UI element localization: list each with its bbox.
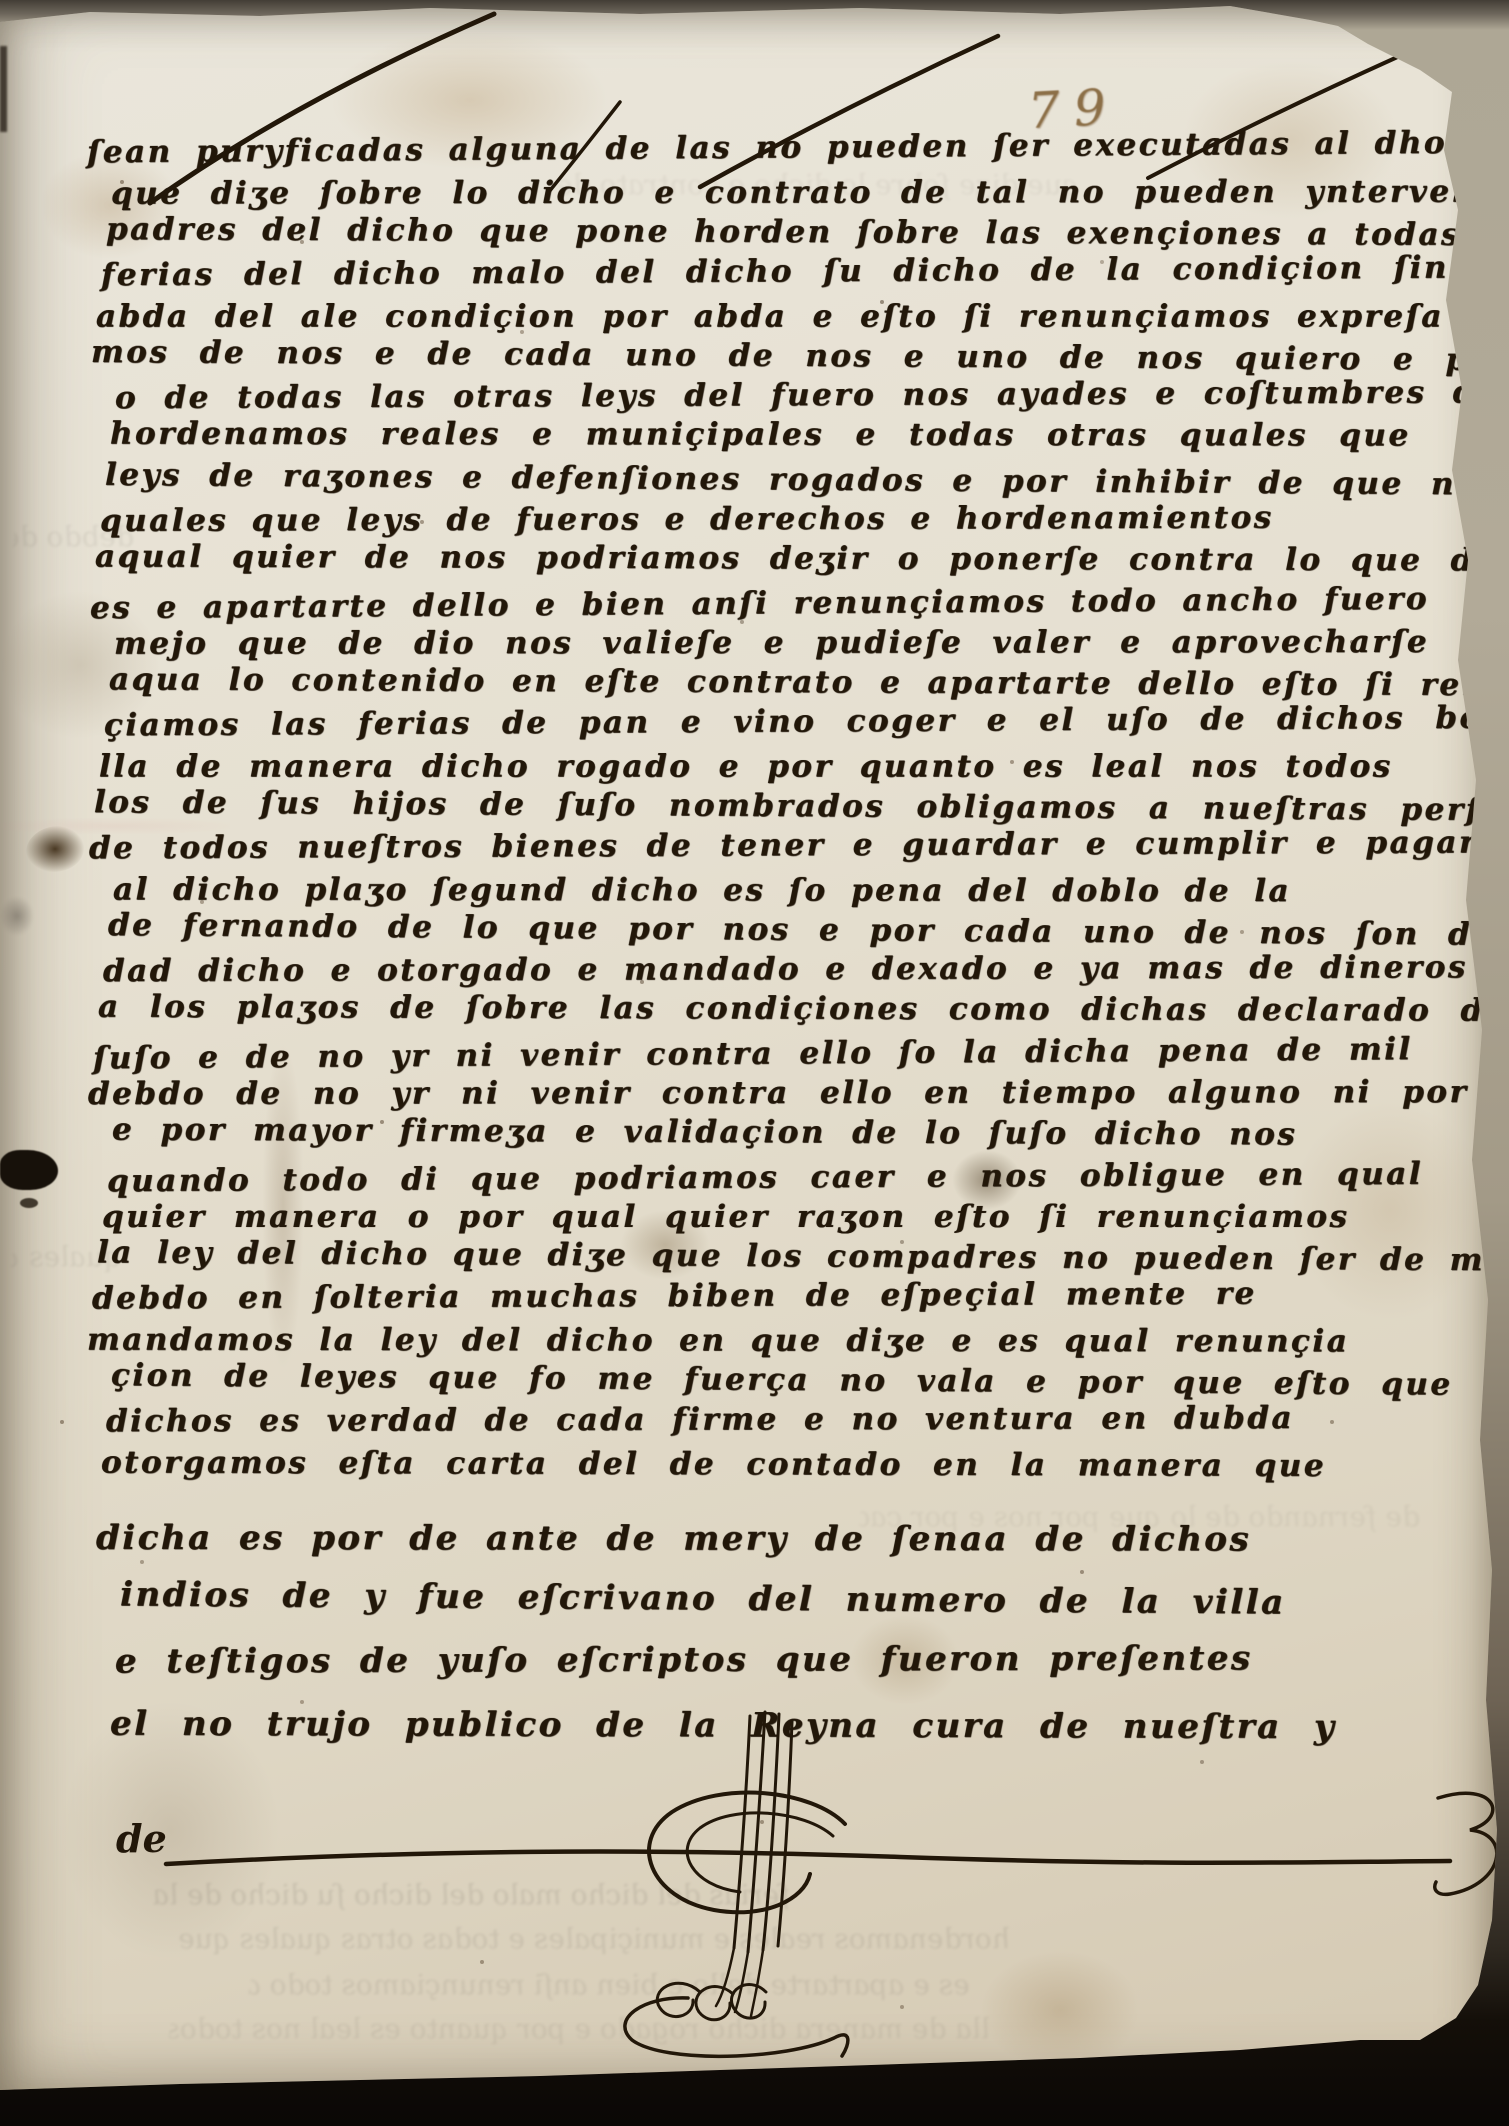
cancellation-slash xyxy=(548,102,620,193)
notarial-rubric-loop xyxy=(687,1813,833,1892)
ghost-line: quales que leys de fueros e derechos e h… xyxy=(10,1240,125,1273)
rubric-descender xyxy=(751,1950,763,2016)
manuscript-line: debdo de no yr ni venir contra ello en t… xyxy=(88,1074,1453,1117)
manuscript-line: la ley del dicho que diʒe que los compad… xyxy=(97,1234,1462,1283)
manuscript-line: ferias del dicho malo del dicho ſu dicho… xyxy=(101,250,1466,299)
manuscript-line: e por mayor firmeʒa e validaçion de lo ſ… xyxy=(112,1112,1477,1159)
manuscript-page: ferias del dicho malo del dicho ſu dicho… xyxy=(0,0,1509,2126)
manuscript-line: lla de manera dicho rogado e por quanto … xyxy=(99,749,1464,790)
manuscript-line: quier manera o por qual quier raʒon eſto… xyxy=(102,1199,1467,1240)
manuscript-line: padres del dicho que pone horden ſobre l… xyxy=(106,211,1471,258)
edge-shadow-mark xyxy=(0,46,7,132)
manuscript-line: a los plaʒos de ſobre las condiçiones co… xyxy=(98,989,1463,1034)
notarial-rubric-stroke xyxy=(778,1722,792,1946)
manuscript-line: de fernando de lo que por nos e por cada… xyxy=(108,907,1473,958)
rubric-bottom-loop xyxy=(657,1983,700,2016)
manuscript-line: o de todas las otras leys del fuero nos … xyxy=(115,374,1480,421)
manuscript-line: abda del ale condiçion por abda e eſto ſ… xyxy=(96,298,1461,339)
manuscript-line: quando todo di que podriamos caer e nos … xyxy=(107,1156,1472,1205)
ghost-line: es e apartarte dello e bien anſi renunçi… xyxy=(248,1968,973,2001)
manuscript-line: leys de raʒones e defenſiones rogados e … xyxy=(105,457,1470,508)
manuscript-scan: ferias del dicho malo del dicho ſu dicho… xyxy=(0,0,1509,2126)
ghost-line: hordenamos reales e muniçipales e todas … xyxy=(108,1922,1013,1955)
manuscript-line: ſean puryficadas alguna de las no pueden… xyxy=(87,125,1452,176)
rubric-descender xyxy=(735,1952,748,2012)
manuscript-line: mos de nos e de cada uno de nos e uno de… xyxy=(91,334,1456,383)
rubric-bottom-sweep xyxy=(625,1998,848,2056)
manuscript-line: de todos nueſtros bienes de tener e guar… xyxy=(89,825,1454,872)
manuscript-line: los de ſus hijos de ſuſo nombrados oblig… xyxy=(94,784,1459,833)
manuscript-line: ſuſo e de no yr ni venir contra ello ſo … xyxy=(93,1031,1458,1082)
ink-blot xyxy=(0,1150,58,1190)
manuscript-line: es e apartarte dello e bien anſi renunçi… xyxy=(90,581,1455,632)
manuscript-line: aqua lo contenido en eſte contrato e apa… xyxy=(109,661,1474,708)
manuscript-line: al dicho plaʒo ſegund dicho es ſo pena d… xyxy=(113,871,1478,914)
text-block-upper: ſean puryficadas alguna de las no pueden… xyxy=(96,132,1461,1485)
cancellation-slash xyxy=(150,14,494,203)
rubric-bottom-loop xyxy=(696,1987,733,2020)
rubric-descender xyxy=(716,1948,734,2006)
ink-blot xyxy=(26,826,84,872)
manuscript-line: mejo que de dio nos valieſe e pudieſe va… xyxy=(114,624,1479,667)
manuscript-line: el no trujo publico de la Reyna cura de … xyxy=(110,1704,1475,1770)
rubric-bottom-loop xyxy=(731,1985,766,2019)
folio-number: 79 xyxy=(1027,78,1122,141)
notarial-rubric-stroke xyxy=(748,1712,765,1952)
ghost-line: debdo de no yr ni venir contra ello en t… xyxy=(12,520,137,553)
manuscript-line: e teſtigos de yuſo eſcriptos que fueron … xyxy=(115,1638,1480,1704)
manuscript-line: debdo en ſolteria muchas biben de eſpeçi… xyxy=(92,1275,1457,1322)
ink-smudge xyxy=(0,896,34,936)
closing-rule-flourish xyxy=(1435,1793,1497,1894)
closing-rule-line xyxy=(166,1852,1450,1864)
notarial-rubric-stroke xyxy=(763,1714,779,1950)
manuscript-line: dichos es verdad de cada firme e no vent… xyxy=(106,1399,1471,1444)
cancellation-slash xyxy=(700,36,998,187)
manuscript-line: mandamos la ley del dicho en que diʒe e … xyxy=(87,1322,1452,1365)
ghost-line: que diʒe ſobre lo dicho e contrato de ta… xyxy=(558,168,1083,201)
ghost-line: de fernando de lo que por nos e por cada… xyxy=(858,1500,1423,1533)
manuscript-line: indios de y fue eſcrivano del numero de … xyxy=(120,1574,1485,1646)
closing-word: de xyxy=(116,1816,167,1861)
foxing-speckles xyxy=(120,180,124,184)
manuscript-line: hordenamos reales e muniçipales e todas … xyxy=(110,416,1475,459)
manuscript-line: que diʒe ſobre lo dicho e contrato de ta… xyxy=(111,174,1476,217)
manuscript-line: çiamos las ferias de pan e vino coger e … xyxy=(104,700,1469,749)
ink-marks-overlay xyxy=(0,0,1509,2126)
manuscript-line: quales que leys de fueros e derechos e h… xyxy=(100,499,1465,544)
manuscript-line: dicha es por de ante de mery de ſenaa de… xyxy=(96,1518,1461,1582)
ghost-line: lla de manera dicho rogado e por quanto … xyxy=(168,2012,993,2045)
ink-blot xyxy=(20,1198,38,1208)
paper-stains xyxy=(0,0,1509,2126)
manuscript-line: aqual quier de nos podriamos deʒir o pon… xyxy=(95,538,1460,583)
notarial-rubric-stroke xyxy=(734,1716,750,1948)
cancellation-slash xyxy=(1148,38,1440,178)
manuscript-line: otorgamos eſta carta del de contado en l… xyxy=(101,1444,1466,1489)
ghost-line: ferias del dicho malo del dicho ſu dicho… xyxy=(148,1878,793,1911)
manuscript-line: çion de leyes que fo me fuerça no vala e… xyxy=(111,1357,1476,1408)
notarial-rubric-loop xyxy=(649,1793,845,1913)
text-block-lower: dicha es por de ante de mery de ſenaa de… xyxy=(102,1518,1467,1766)
manuscript-line: dad dicho e otorgado e mandado e dexado … xyxy=(103,949,1468,994)
